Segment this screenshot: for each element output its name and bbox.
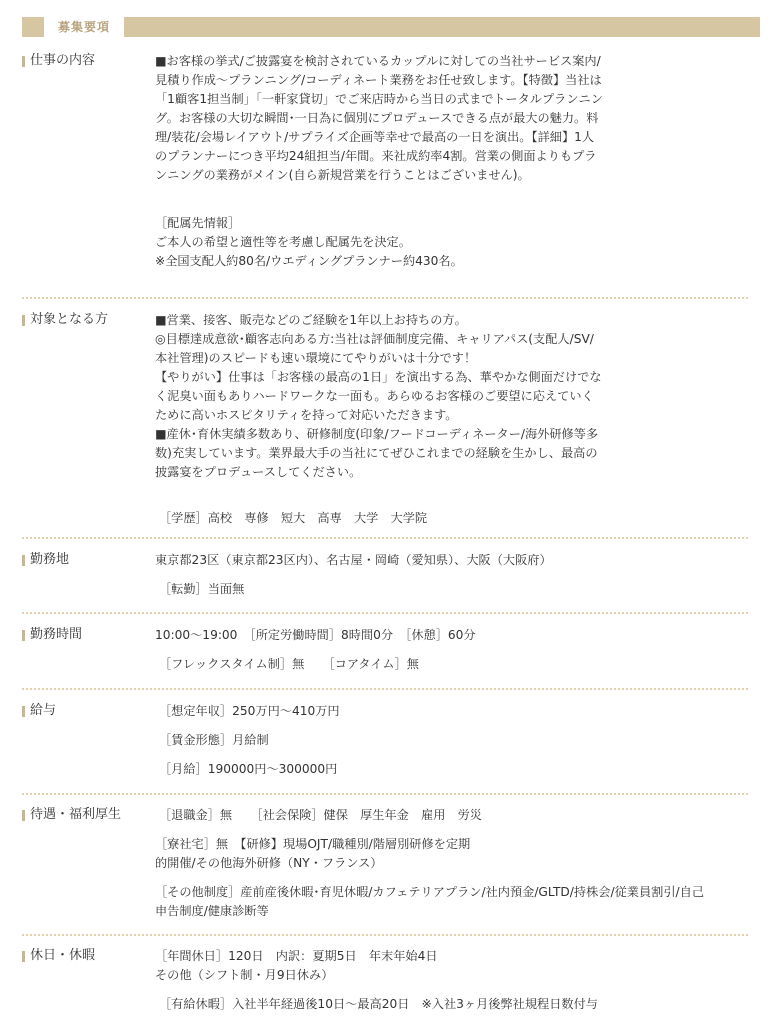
row-content: ■営業、接客、販売などのご経験を1年以上お持ちの方。 ◎目標達成意欲･顧客志向あ… <box>155 311 605 528</box>
housing-training-text: ［寮社宅］無 【研修】現場OJT/職種別/階層別研修を定期 的開催/その他海外研… <box>155 835 765 873</box>
section-title: 募集要項 <box>44 17 124 37</box>
row-content: ■お客様の挙式/ご披露宴を検討されているカップルに対しての当社サービス案内/見積… <box>155 52 605 271</box>
education-text: ［学歴］高校 専修 短大 高専 大学 大学院 <box>155 509 605 528</box>
row-label: 対象となる方 <box>22 311 108 329</box>
row-label: 勤務時間 <box>22 626 82 644</box>
header-accent-bar <box>124 17 760 37</box>
row-content: ［想定年収］250万円～410万円 ［賃金形態］月給制 ［月給］190000円～… <box>155 702 769 779</box>
paid-leave-text: ［有給休暇］入社半年経過後10日～最高20日 ※入社3ヶ月後弊社規程日数付与 <box>155 995 765 1014</box>
row-label: 給与 <box>22 702 56 720</box>
row-divider <box>22 537 748 539</box>
row-divider <box>22 934 748 936</box>
annual-holidays-text: ［年間休日］120日 内訳：夏期5日 年末年始4日 その他（シフト制・月9日休み… <box>155 947 765 985</box>
row-label: 休日・休暇 <box>22 947 95 965</box>
retirement-insurance-text: ［退職金］無 ［社会保険］健保 厚生年金 雇用 労災 <box>155 806 765 825</box>
assignment-info-text: ［配属先情報］ ご本人の希望と適性等を考慮し配属先を決定。 ※全国支配人約80名… <box>155 214 605 271</box>
row-divider <box>22 688 748 690</box>
annual-income-text: ［想定年収］250万円～410万円 <box>159 702 769 721</box>
hours-text: 10:00～19:00 ［所定労働時間］8時間0分 ［休憩］60分 <box>155 626 765 645</box>
row-divider <box>22 612 748 614</box>
row-label: 勤務地 <box>22 551 69 569</box>
flextime-text: ［フレックスタイム制］無 ［コアタイム］無 <box>155 655 765 674</box>
location-text: 東京都23区（東京都23区内）、名古屋・岡崎（愛知県）、大阪（大阪府） <box>155 551 765 570</box>
requirements-text: ■営業、接客、販売などのご経験を1年以上お持ちの方。 ◎目標達成意欲･顧客志向あ… <box>155 311 605 482</box>
row-content: ［年間休日］120日 内訳：夏期5日 年末年始4日 その他（シフト制・月9日休み… <box>155 947 765 1014</box>
row-divider <box>22 297 748 299</box>
other-benefits-text: ［その他制度］産前産後休暇･育児休暇/カフェテリアプラン/社内預金/GLTD/持… <box>155 883 765 921</box>
header-accent-block <box>22 17 44 37</box>
monthly-salary-text: ［月給］190000円～300000円 <box>159 760 769 779</box>
job-description-text: ■お客様の挙式/ご披露宴を検討されているカップルに対しての当社サービス案内/見積… <box>155 52 605 185</box>
section-header: 募集要項 <box>22 17 760 37</box>
row-content: 東京都23区（東京都23区内）、名古屋・岡崎（愛知県）、大阪（大阪府） ［転勤］… <box>155 551 765 599</box>
row-label: 待遇・福利厚生 <box>22 806 121 824</box>
row-divider <box>22 793 748 795</box>
row-content: ［退職金］無 ［社会保険］健保 厚生年金 雇用 労災 ［寮社宅］無 【研修】現場… <box>155 806 765 921</box>
wage-type-text: ［賃金形態］月給制 <box>159 731 769 750</box>
transfer-text: ［転勤］当面無 <box>155 580 765 599</box>
row-content: 10:00～19:00 ［所定労働時間］8時間0分 ［休憩］60分 ［フレックス… <box>155 626 765 674</box>
row-label: 仕事の内容 <box>22 52 95 70</box>
